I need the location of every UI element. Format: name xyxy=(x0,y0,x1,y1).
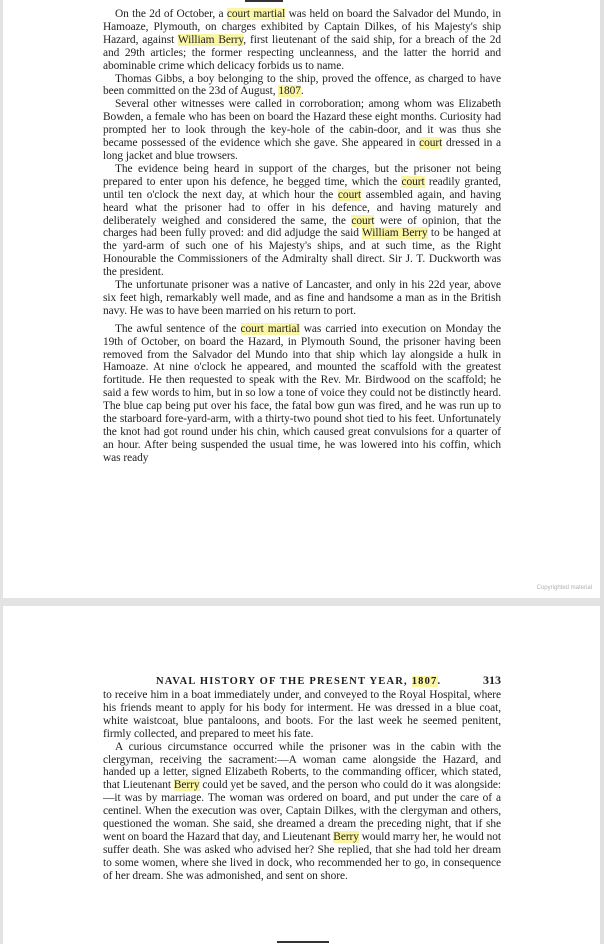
search-highlight: William Berry xyxy=(178,34,243,46)
text-run: to receive him in a boat immediately und… xyxy=(103,689,501,740)
text-run: On the 2d of October, a xyxy=(115,8,227,20)
paragraph: to receive him in a boat immediately und… xyxy=(103,689,501,741)
page-1-text-column: On the 2d of October, a court martial wa… xyxy=(103,8,501,465)
running-header-title: NAVAL HISTORY OF THE PRESENT YEAR, 1807. xyxy=(156,676,441,687)
paragraph: The unfortunate prisoner was a native of… xyxy=(103,279,501,318)
search-highlight: court xyxy=(351,215,374,227)
book-page-1: On the 2d of October, a court martial wa… xyxy=(3,0,600,598)
search-highlight: court xyxy=(401,176,424,188)
search-highlight: court martial xyxy=(241,323,300,335)
search-highlight: court martial xyxy=(227,8,285,20)
search-highlight: 1807 xyxy=(412,676,438,687)
paragraph: Thomas Gibbs, a boy belonging to the shi… xyxy=(103,73,501,99)
viewer-scrollbar-track[interactable] xyxy=(600,0,604,944)
text-run: The unfortunate prisoner was a native of… xyxy=(103,279,501,317)
section-divider-rule xyxy=(245,0,283,2)
text-run: was carried into execution on Monday the… xyxy=(103,323,501,464)
search-highlight: Berry xyxy=(333,831,359,843)
paragraph: The evidence being heard in support of t… xyxy=(103,163,501,279)
text-run: The awful sentence of the xyxy=(115,323,241,335)
search-highlight: Berry xyxy=(174,779,200,791)
paragraph: On the 2d of October, a court martial wa… xyxy=(103,8,501,73)
paragraph: A curious circumstance occurred while th… xyxy=(103,741,501,883)
book-page-2: NAVAL HISTORY OF THE PRESENT YEAR, 1807.… xyxy=(3,606,600,944)
text-run: . xyxy=(301,85,304,97)
section-divider-rule xyxy=(277,941,329,943)
running-header: NAVAL HISTORY OF THE PRESENT YEAR, 1807.… xyxy=(156,673,501,688)
page-2-text-column: to receive him in a boat immediately und… xyxy=(103,689,501,883)
search-highlight: court xyxy=(419,137,442,149)
search-highlight: court xyxy=(338,189,361,201)
page-number: 313 xyxy=(483,673,501,688)
paragraph: The awful sentence of the court martial … xyxy=(103,323,501,465)
search-highlight: William Berry xyxy=(362,227,428,239)
search-highlight: 1807 xyxy=(278,85,301,97)
paragraph: Several other witnesses were called in c… xyxy=(103,98,501,163)
copyright-notice: Copyrighted material xyxy=(537,585,592,591)
